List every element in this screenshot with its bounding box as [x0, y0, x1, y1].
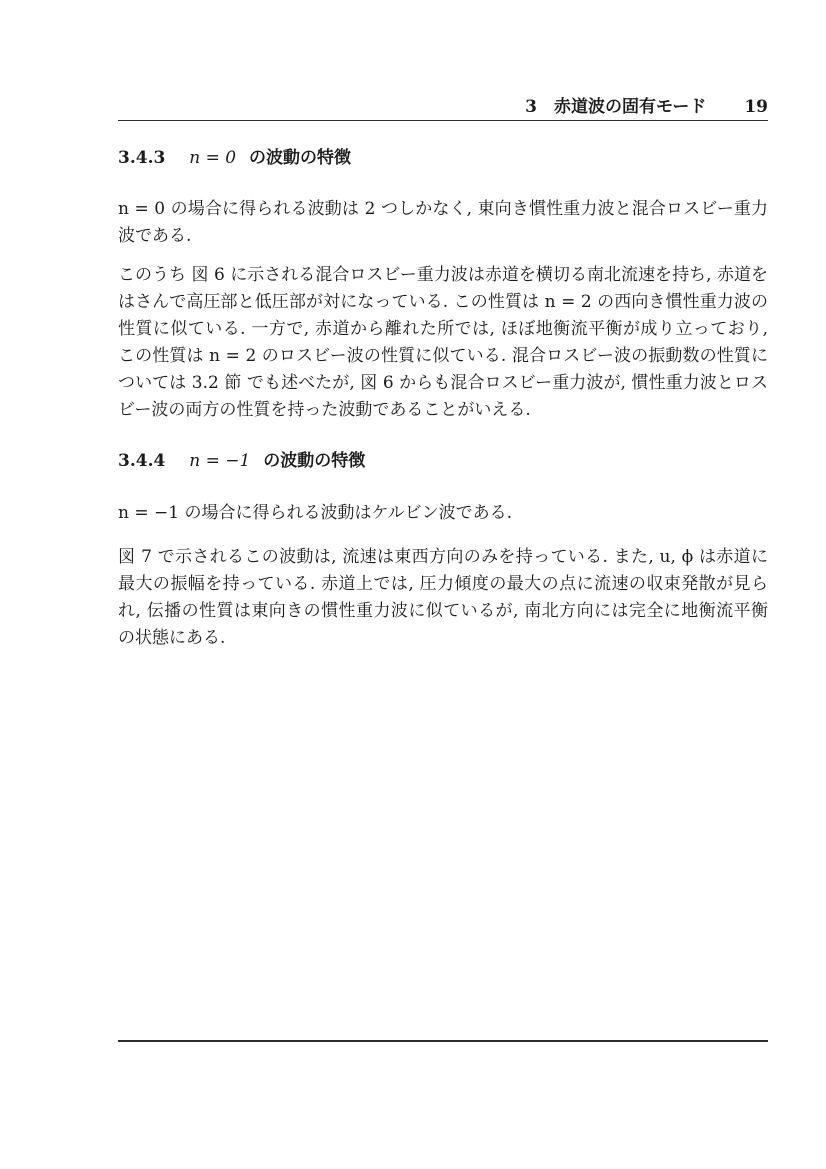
section-math-term: n = 0 [189, 148, 236, 168]
document-page: 3 赤道波の固有モード 19 3.4.3 n = 0 の波動の特徴 n = 0 … [0, 0, 826, 1169]
section-number: 3.4.3 [118, 148, 165, 168]
section-title: の波動の特徴 [249, 148, 351, 168]
header-rule [118, 120, 768, 121]
section-math-term: n = −1 [189, 451, 250, 471]
footer-rule [118, 1040, 768, 1042]
section-number: 3.4.4 [118, 451, 165, 471]
paragraph: n = −1 の場合に得られる波動はケルビン波である. [118, 500, 768, 527]
paragraph: 図 7 で示されるこの波動は, 流速は東西方向のみを持っている. また, u, … [118, 544, 768, 652]
header-section-number: 3 [525, 97, 537, 118]
section-title: の波動の特徴 [263, 451, 365, 471]
section-heading-3-4-4: 3.4.4 n = −1 の波動の特徴 [118, 450, 768, 472]
paragraph: n = 0 の場合に得られる波動は 2 つしかなく, 東向き慣性重力波と混合ロス… [118, 196, 768, 250]
section-heading-3-4-3: 3.4.3 n = 0 の波動の特徴 [118, 147, 768, 169]
page-header: 3 赤道波の固有モード 19 [118, 97, 768, 118]
paragraph: このうち 図 6 に示される混合ロスビー重力波は赤道を横切る南北流速を持ち, 赤… [118, 262, 768, 424]
header-section-title: 赤道波の固有モード [554, 97, 706, 118]
header-page-number: 19 [744, 97, 768, 118]
